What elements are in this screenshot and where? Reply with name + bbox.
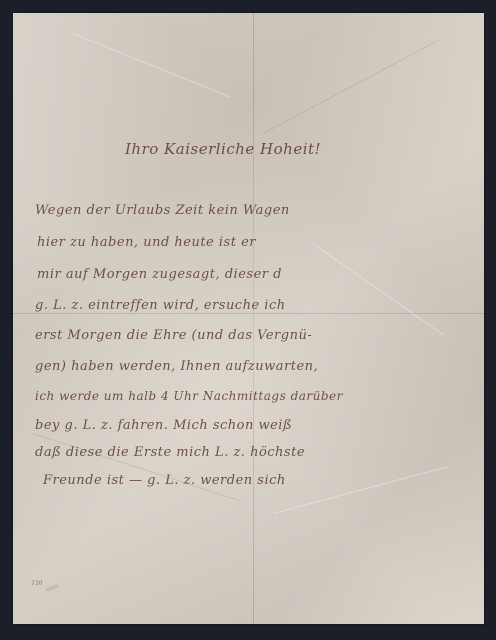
letter-line: mir auf Morgen zugesagt, dieser d (37, 267, 282, 282)
paper-stain (45, 584, 60, 593)
letter-line: hier zu haben, und heute ist er (37, 235, 256, 250)
letter-line: g. L. z. eintreffen wird, ersuche ich (35, 298, 286, 313)
vertical-fold-line (253, 13, 254, 624)
paper-crease (263, 39, 440, 134)
letter-line: bey g. L. z. fahren. Mich schon weiß (35, 418, 292, 433)
letter-line: ich werde um halb 4 Uhr Nachmittags darü… (35, 389, 343, 403)
letter-sheet: Ihro Kaiserliche Hoheit! Wegen der Urlau… (13, 13, 484, 624)
paper-crease (33, 433, 243, 502)
margin-pencil-mark: 730 (31, 580, 42, 587)
paper-crease (73, 33, 231, 98)
paper-crease (312, 243, 444, 336)
salutation: Ihro Kaiserliche Hoheit! (125, 140, 321, 158)
letter-line: Wegen der Urlaubs Zeit kein Wagen (35, 203, 290, 218)
letter-line: erst Morgen die Ehre (und das Vergnü- (35, 328, 312, 343)
letter-line: daß diese die Erste mich L. z. höchste (35, 445, 305, 460)
letter-line: gen) haben werden, Ihnen aufzuwarten, (35, 359, 318, 374)
letter-line: Freunde ist — g. L. z. werden sich (43, 473, 286, 488)
paper-crease (273, 466, 447, 514)
